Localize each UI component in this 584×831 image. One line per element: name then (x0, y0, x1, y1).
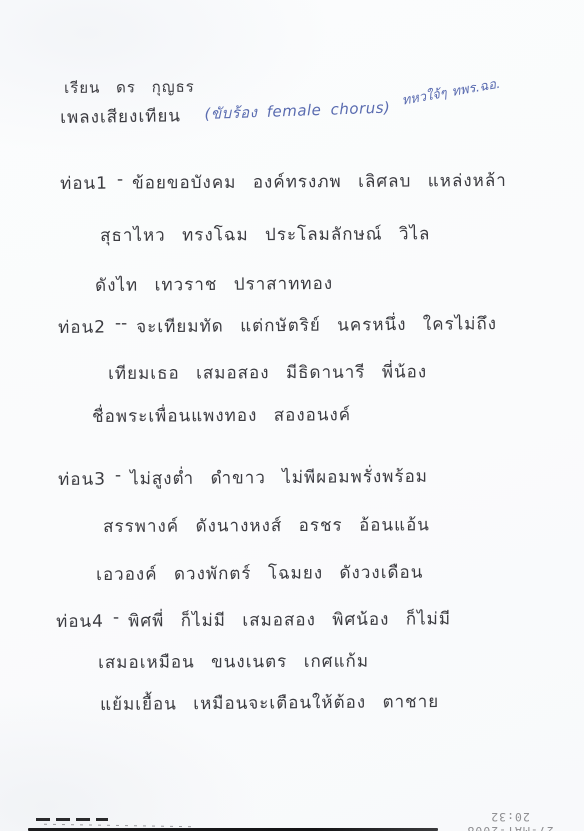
title-annotation: (ขับร้อง female chorus) (204, 96, 391, 126)
scan-artifact-dots (44, 824, 194, 828)
stanza-1-line-1: ข้อยขอบังคม องค์ทรงภพ เลิศลบ แหล่งหล้า (132, 167, 507, 197)
stanza-2-line-2: เทียมเธอ เสมอสอง มีธิดานารี พี่น้อง (108, 358, 427, 387)
title-scribble: ทหวใจ้ๆ ทพร.ฉอ. (400, 73, 502, 111)
stanza-2-dash: -- (115, 313, 127, 333)
stanza-3-line-2: สรรพางค์ ดังนางหงส์ อรชร อ้อนแอ้น (103, 511, 430, 540)
stanza-3-line-3: เอวองค์ ดวงพักตร์ โฉมยง ดังวงเดือน (96, 559, 423, 588)
stanza-4-line-2: เสมอเหมือน ขนงเนตร เกศแก้ม (98, 648, 369, 676)
stanza-2-line-3: ชื่อพระเพื่อนแพงทอง สองอนงค์ (92, 401, 351, 430)
stanza-1-dash: - (117, 170, 123, 190)
salutation-line: เรียน ดร กุญธร (64, 75, 195, 100)
song-title: เพลงเสียงเทียน (60, 102, 181, 131)
stanza-4-line-1: พิศพี่ ก็ไม่มี เสมอสอง พิศน้อง ก็ไม่มี (128, 605, 451, 634)
stanza-2-row: ท่อน2--จะเทียมทัด แต่กษัตริย์ นครหนึ่ง ใ… (58, 310, 497, 341)
stanza-4-label: ท่อน4 (56, 608, 104, 635)
stanza-1-line-2: สุธาไหว ทรงโฉม ประโลมลักษณ์ วิไล (100, 220, 431, 249)
stanza-3-line-1: ไม่สูงต่ำ ดำขาว ไม่พีผอมพรั่งพร้อม (130, 463, 428, 493)
stanza-2-line-1: จะเทียมทัด แต่กษัตริย์ นครหนึ่ง ใครไม่ถึ… (136, 310, 497, 340)
stanza-3-dash: - (115, 465, 121, 485)
stanza-4-dash: - (113, 608, 119, 628)
stanza-1-line-3: ดังไท เทวราช ปราสาททอง (95, 270, 333, 299)
scanned-page: เรียน ดร กุญธร เพลงเสียงเทียน (ขับร้อง f… (0, 0, 584, 831)
fax-timestamp: 27-MAY-2008 20:32 (446, 810, 574, 831)
scan-edge-line (28, 828, 438, 831)
stanza-4-row: ท่อน4-พิศพี่ ก็ไม่มี เสมอสอง พิศน้อง ก็ไ… (56, 605, 451, 635)
scan-artifact-dashes (36, 818, 108, 821)
stanza-4-line-3: แย้มเยื้อน เหมือนจะเตือนให้ต้อง ตาชาย (100, 688, 439, 718)
stanza-3-row: ท่อน3-ไม่สูงต่ำ ดำขาว ไม่พีผอมพรั่งพร้อม (58, 463, 428, 493)
stanza-1-label: ท่อน1 (60, 170, 108, 197)
stanza-3-label: ท่อน3 (58, 466, 106, 493)
stanza-1-row: ท่อน1-ข้อยขอบังคม องค์ทรงภพ เลิศลบ แหล่ง… (60, 167, 507, 197)
stanza-2-label: ท่อน2 (58, 314, 106, 341)
